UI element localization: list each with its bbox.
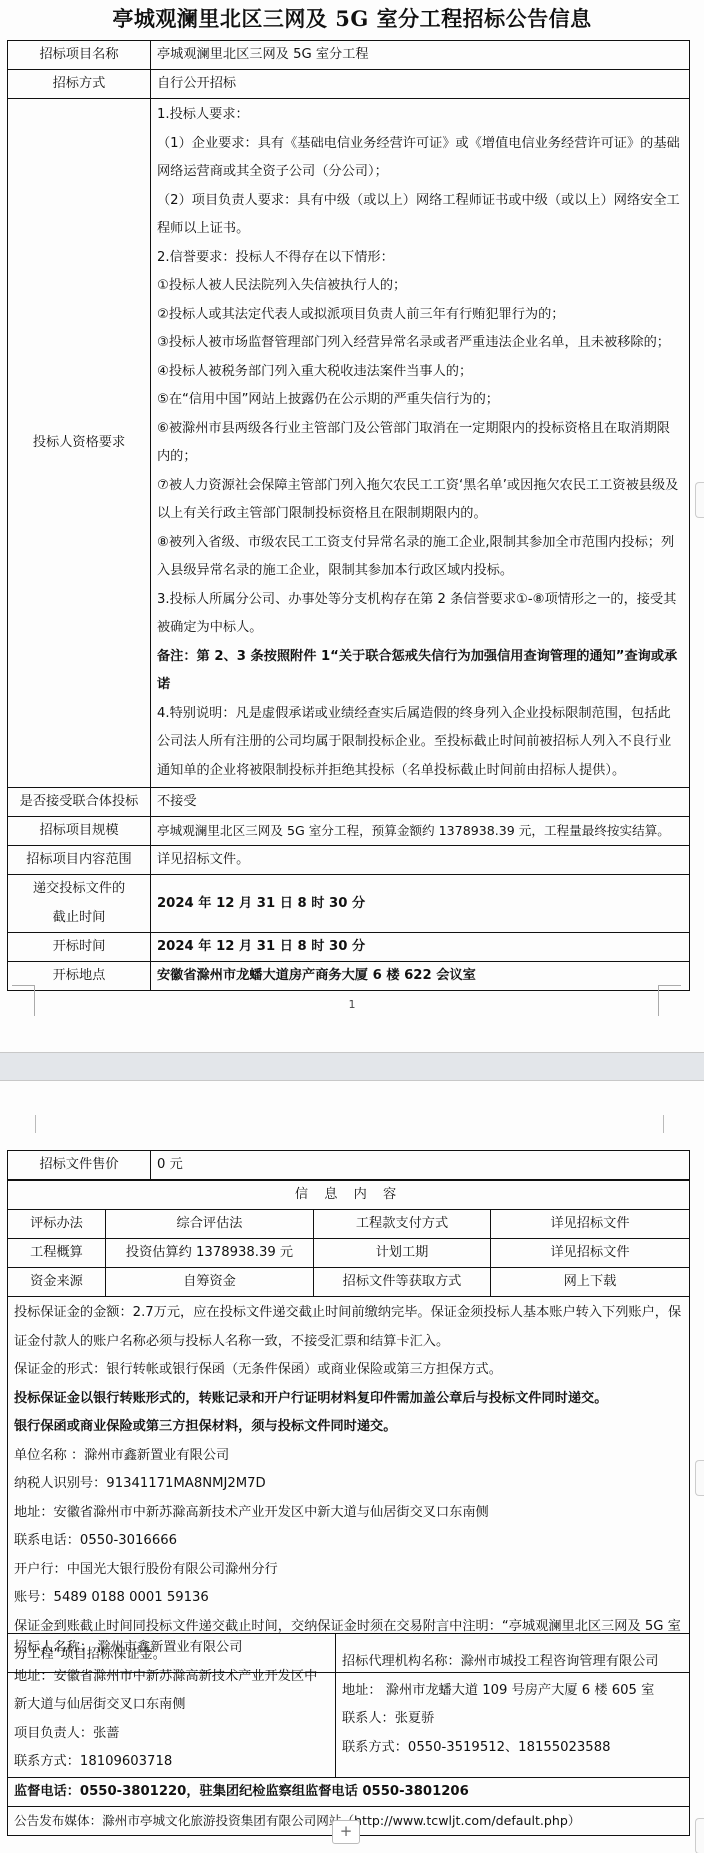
row-label: 招标方式 bbox=[8, 70, 151, 99]
qualification-line: ④投标人被税务部门列入重大税收违法案件当事人的； bbox=[157, 358, 683, 387]
add-button[interactable]: + bbox=[332, 1820, 360, 1844]
qualification-line: ⑥被滁州市县两级各行业主管部门及公管部门取消在一定期限内的投标资格且在取消期限内… bbox=[157, 415, 683, 472]
row-label: 投标人资格要求 bbox=[8, 99, 151, 788]
qualification-line: 1.投标人要求： bbox=[157, 101, 683, 130]
contact-table: 招标人名称： 滁州市鑫新置业有限公司 地址：安徽省滁州市中新苏滁高新技术产业开发… bbox=[7, 1633, 690, 1836]
deposit-bold-note: 银行保函或商业保险或第三方担保材料，须与投标文件同时递交。 bbox=[14, 1413, 683, 1442]
margin-guide bbox=[663, 1115, 664, 1133]
cell: 评标办法 bbox=[8, 1210, 106, 1239]
content-scope-value: 详见招标文件。 bbox=[151, 846, 690, 875]
open-place-value: 安徽省滁州市龙蟠大道房产商务大厦 6 楼 622 会议室 bbox=[151, 962, 690, 991]
table-row: 递交投标文件的 截止时间 2024 年 12 月 31 日 8 时 30 分 bbox=[8, 875, 690, 933]
info-header-row: 信 息 内 容 bbox=[8, 1181, 690, 1210]
cell: 资金来源 bbox=[8, 1268, 106, 1297]
qualification-line: ②投标人或其法定代表人或拟派项目负责人前三年有行贿犯罪行为的； bbox=[157, 301, 683, 330]
cell: 投资估算约 1378938.39 元 bbox=[106, 1239, 314, 1268]
cell: 计划工期 bbox=[314, 1239, 491, 1268]
document-title: 亭城观澜里北区三网及 5G 室分工程招标公告信息 bbox=[0, 2, 704, 36]
row-label: 招标项目规模 bbox=[8, 817, 151, 846]
bid-info-table: 招标项目名称 亭城观澜里北区三网及 5G 室分工程 招标方式 自行公开招标 投标… bbox=[7, 40, 690, 991]
table-row: 招标文件售价 0 元 bbox=[8, 1151, 690, 1180]
cell: 工程款支付方式 bbox=[314, 1210, 491, 1239]
supervision-row: 监督电话：0550-3801220，驻集团纪检监察组监督电话 0550-3801… bbox=[8, 1777, 690, 1806]
deposit-unit: 单位名称 ：滁州市鑫新置业有限公司 bbox=[14, 1442, 683, 1471]
qualification-content: 1.投标人要求： （1）企业要求：具有《基础电信业务经营许可证》或《增值电信业务… bbox=[151, 99, 690, 788]
cell: 工程概算 bbox=[8, 1239, 106, 1268]
row-label: 招标项目内容范围 bbox=[8, 846, 151, 875]
deposit-amount: 投标保证金的金额：2.7万元，应在投标文件递交截止时间前缴纳完毕。保证金须投标人… bbox=[14, 1299, 683, 1356]
cell: 综合评估法 bbox=[106, 1210, 314, 1239]
tenderer-info: 招标人名称： 滁州市鑫新置业有限公司 地址：安徽省滁州市中新苏滁高新技术产业开发… bbox=[8, 1634, 336, 1778]
row-label: 招标文件售价 bbox=[8, 1151, 151, 1180]
deadline-value: 2024 年 12 月 31 日 8 时 30 分 bbox=[151, 875, 690, 933]
bid-method-value: 自行公开招标 bbox=[151, 70, 690, 99]
qualification-line: 3.投标人所属分公司、办事处等分支机构存在第 2 条信誉要求①-⑧项情形之一的，… bbox=[157, 586, 683, 643]
qualification-line: （2）项目负责人要求：具有中级（或以上）网络工程师证书或中级（或以上）网络安全工… bbox=[157, 187, 683, 244]
qualification-note: 备注：第 2、3 条按照附件 1“关于联合惩戒失信行为加强信用查询管理的通知”查… bbox=[157, 643, 683, 700]
table-row: 开标时间 2024 年 12 月 31 日 8 时 30 分 bbox=[8, 933, 690, 962]
qualification-special: 4.特别说明：凡是虚假承诺或业绩经查实后属造假的终身列入企业投标限制范围，包括此… bbox=[157, 700, 683, 786]
tenderer-address: 地址：安徽省滁州市中新苏滁高新技术产业开发区中新大道与仙居街交叉口东南侧 bbox=[14, 1663, 329, 1720]
qualification-line: ⑤在“信用中国”网站上披露仍在公示期的严重失信行为的； bbox=[157, 386, 683, 415]
agency-contact: 联系方式：0550-3519512、18155023588 bbox=[342, 1734, 683, 1763]
row-label: 是否接受联合体投标 bbox=[8, 788, 151, 817]
qualification-line: ①投标人被人民法院列入失信被执行人的； bbox=[157, 272, 683, 301]
qualification-line: ③投标人被市场监督管理部门列入经营异常名录或者严重违法企业名单，且未被移除的； bbox=[157, 329, 683, 358]
side-panel-tab[interactable] bbox=[695, 1818, 704, 1853]
page-number: 1 bbox=[0, 998, 704, 1011]
table-row: 工程概算 投资估算约 1378938.39 元 计划工期 详见招标文件 bbox=[8, 1239, 690, 1268]
table-row: 招标方式 自行公开招标 bbox=[8, 70, 690, 99]
cell: 网上下载 bbox=[491, 1268, 690, 1297]
price-value: 0 元 bbox=[151, 1151, 690, 1180]
table-row-qualification: 投标人资格要求 1.投标人要求： （1）企业要求：具有《基础电信业务经营许可证》… bbox=[8, 99, 690, 788]
price-table: 招标文件售价 0 元 bbox=[7, 1150, 690, 1180]
deposit-account: 账号：5489 0188 0001 59136 bbox=[14, 1584, 683, 1613]
tenderer-contact: 联系方式：18109603718 bbox=[14, 1748, 329, 1777]
agency-person: 联系人：张夏骄 bbox=[342, 1705, 683, 1734]
consortium-value: 不接受 bbox=[151, 788, 690, 817]
page-separator bbox=[0, 1052, 704, 1081]
row-label: 开标时间 bbox=[8, 933, 151, 962]
open-time-value: 2024 年 12 月 31 日 8 时 30 分 bbox=[151, 933, 690, 962]
info-content-table: 信 息 内 容 评标办法 综合评估法 工程款支付方式 详见招标文件 工程概算 投… bbox=[7, 1180, 690, 1673]
deposit-form: 保证金的形式：银行转帐或银行保函（无条件保函）或商业保险或第三方担保方式。 bbox=[14, 1356, 683, 1385]
supervision-phone: 监督电话：0550-3801220，驻集团纪检监察组监督电话 0550-3801… bbox=[8, 1777, 690, 1806]
qualification-line: ⑧被列入省级、市级农民工工资支付异常名录的施工企业,限制其参加全市范围内投标；列… bbox=[157, 529, 683, 586]
qualification-line: 2.信誉要求：投标人不得存在以下情形： bbox=[157, 244, 683, 273]
deposit-content: 投标保证金的金额：2.7万元，应在投标文件递交截止时间前缴纳完毕。保证金须投标人… bbox=[8, 1297, 690, 1673]
deposit-bank: 开户行：中国光大银行股份有限公司滁州分行 bbox=[14, 1556, 683, 1585]
agency-address: 地址： 滁州市龙蟠大道 109 号房产大厦 6 楼 605 室 bbox=[342, 1677, 683, 1706]
deposit-tax-id: 纳税人识别号：91341171MA8NMJ2M7D bbox=[14, 1470, 683, 1499]
cell: 详见招标文件 bbox=[491, 1239, 690, 1268]
row-label: 招标项目名称 bbox=[8, 41, 151, 70]
contact-row: 招标人名称： 滁州市鑫新置业有限公司 地址：安徽省滁州市中新苏滁高新技术产业开发… bbox=[8, 1634, 690, 1778]
cell: 详见招标文件 bbox=[491, 1210, 690, 1239]
table-row: 招标项目内容范围 详见招标文件。 bbox=[8, 846, 690, 875]
project-name-value: 亭城观澜里北区三网及 5G 室分工程 bbox=[151, 41, 690, 70]
cell: 自筹资金 bbox=[106, 1268, 314, 1297]
table-row: 是否接受联合体投标 不接受 bbox=[8, 788, 690, 817]
row-label: 递交投标文件的 截止时间 bbox=[8, 875, 151, 933]
margin-guide bbox=[35, 1115, 36, 1133]
cell: 招标文件等获取方式 bbox=[314, 1268, 491, 1297]
project-scale-value: 亭城观澜里北区三网及 5G 室分工程，预算金额约 1378938.39 元，工程… bbox=[151, 817, 690, 846]
info-header: 信 息 内 容 bbox=[8, 1181, 690, 1210]
table-row: 开标地点 安徽省滁州市龙蟠大道房产商务大厦 6 楼 622 会议室 bbox=[8, 962, 690, 991]
table-row: 评标办法 综合评估法 工程款支付方式 详见招标文件 bbox=[8, 1210, 690, 1239]
deadline-label-line: 递交投标文件的 bbox=[14, 875, 144, 904]
agency-name: 招标代理机构名称：滁州市城投工程咨询管理有限公司 bbox=[342, 1648, 683, 1677]
table-row: 资金来源 自筹资金 招标文件等获取方式 网上下载 bbox=[8, 1268, 690, 1297]
deposit-address: 地址：安徽省滁州市中新苏滁高新技术产业开发区中新大道与仙居街交叉口东南侧 bbox=[14, 1499, 683, 1528]
side-panel-tab[interactable] bbox=[695, 482, 704, 518]
deposit-row: 投标保证金的金额：2.7万元，应在投标文件递交截止时间前缴纳完毕。保证金须投标人… bbox=[8, 1297, 690, 1673]
qualification-line: （1）企业要求：具有《基础电信业务经营许可证》或《增值电信业务经营许可证》的基础… bbox=[157, 130, 683, 187]
deadline-label-line: 截止时间 bbox=[14, 904, 144, 933]
deposit-phone: 联系电话：0550-3016666 bbox=[14, 1527, 683, 1556]
deposit-bold-note: 投标保证金以银行转账形式的，转账记录和开户行证明材料复印件需加盖公章后与投标文件… bbox=[14, 1385, 683, 1414]
agency-info: 招标代理机构名称：滁州市城投工程咨询管理有限公司 地址： 滁州市龙蟠大道 109… bbox=[336, 1634, 690, 1778]
table-row: 招标项目名称 亭城观澜里北区三网及 5G 室分工程 bbox=[8, 41, 690, 70]
tenderer-name: 招标人名称： 滁州市鑫新置业有限公司 bbox=[14, 1634, 329, 1663]
tenderer-manager: 项目负责人：张蔷 bbox=[14, 1720, 329, 1749]
side-panel-tab[interactable] bbox=[695, 1460, 704, 1496]
qualification-line: ⑦被人力资源社会保障主管部门列入拖欠农民工工资‘黑名单’或因拖欠农民工工资被县级… bbox=[157, 472, 683, 529]
table-row: 招标项目规模 亭城观澜里北区三网及 5G 室分工程，预算金额约 1378938.… bbox=[8, 817, 690, 846]
